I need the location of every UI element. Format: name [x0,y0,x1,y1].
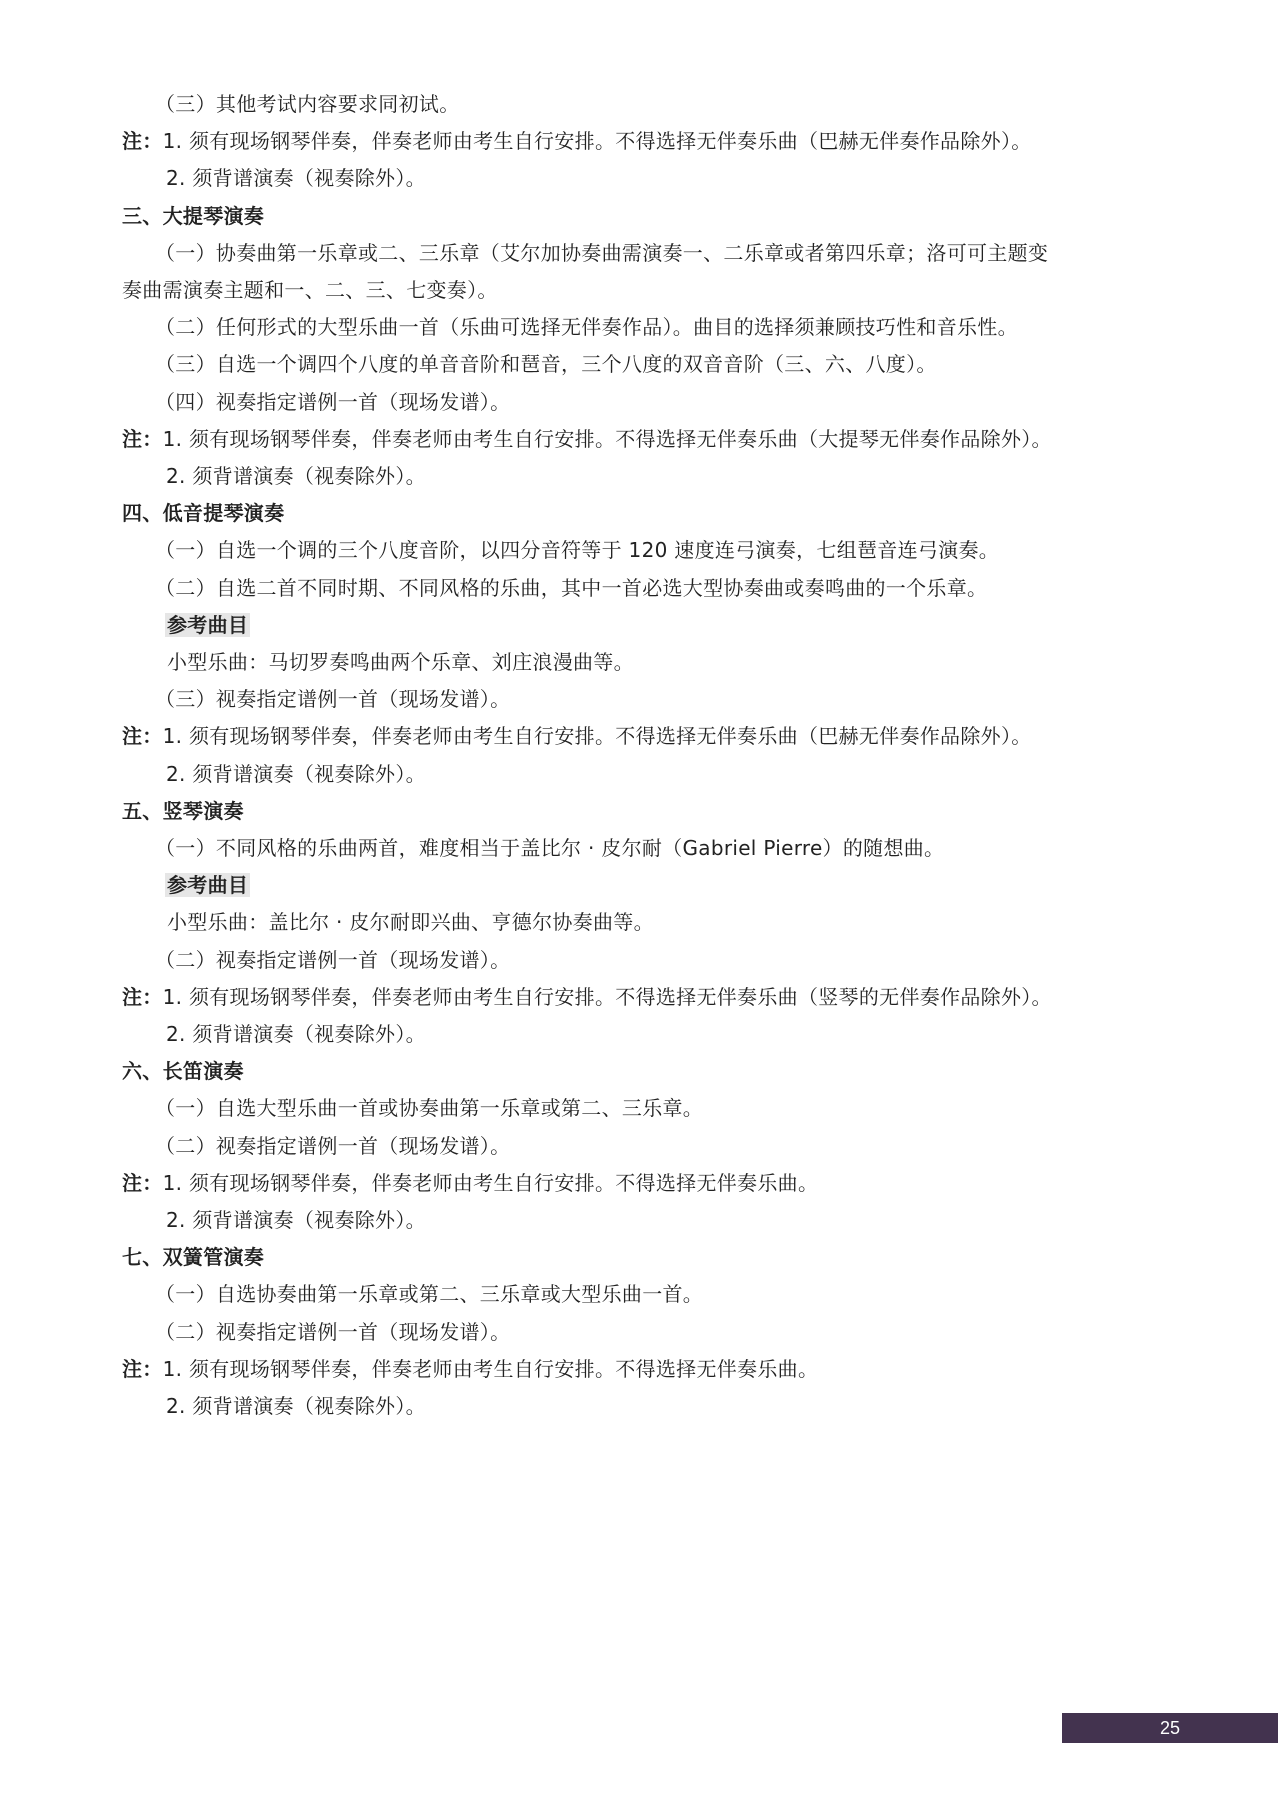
requirement-item: （一）不同风格的乐曲两首，难度相当于盖比尔 · 皮尔耐（Gabriel Pier… [155,834,944,862]
note-label: 注： [122,129,163,153]
requirement-item: （二）任何形式的大型乐曲一首（乐曲可选择无伴奏作品）。曲目的选择须兼顾技巧性和音… [155,313,1018,341]
note-line: 注：1. 须有现场钢琴伴奏，伴奏老师由考生自行安排。不得选择无伴奏乐曲（大提琴无… [122,425,1052,453]
note-label: 注： [122,1171,163,1195]
requirement-item: （二）视奏指定谱例一首（现场发谱）。 [155,1318,510,1346]
reference-heading: 参考曲目 [165,871,250,899]
section-heading: 七、双簧管演奏 [122,1243,264,1271]
reference-repertoire-label: 参考曲目 [165,873,250,897]
section-heading: 五、竖琴演奏 [122,797,244,825]
repertoire-text: 小型乐曲：马切罗奏鸣曲两个乐章、刘庄浪漫曲等。 [167,648,634,676]
note-line: 注：1. 须有现场钢琴伴奏，伴奏老师由考生自行安排。不得选择无伴奏乐曲。 [122,1355,818,1383]
note-text: 1. 须有现场钢琴伴奏，伴奏老师由考生自行安排。不得选择无伴奏乐曲（巴赫无伴奏作… [163,129,1032,153]
note-label: 注： [122,985,163,1009]
repertoire-text: 小型乐曲：盖比尔 · 皮尔耐即兴曲、亨德尔协奏曲等。 [167,908,654,936]
note-label: 注： [122,724,163,748]
note-label: 注： [122,427,163,451]
page-number: 25 [1160,1718,1180,1738]
requirement-item: （一）协奏曲第一乐章或二、三乐章（艾尔加协奏曲需演奏一、二乐章或者第四乐章；洛可… [155,239,1048,267]
requirement-item: （一）自选协奏曲第一乐章或第二、三乐章或大型乐曲一首。 [155,1280,703,1308]
note-text: 1. 须有现场钢琴伴奏，伴奏老师由考生自行安排。不得选择无伴奏乐曲（巴赫无伴奏作… [163,724,1032,748]
requirement-item-continuation: 奏曲需演奏主题和一、二、三、七变奏）。 [122,276,498,304]
reference-heading: 参考曲目 [165,611,250,639]
requirement-item: （二）视奏指定谱例一首（现场发谱）。 [155,946,510,974]
requirement-item: （一）自选大型乐曲一首或协奏曲第一乐章或第二、三乐章。 [155,1094,703,1122]
section-heading: 六、长笛演奏 [122,1057,244,1085]
note-text: 1. 须有现场钢琴伴奏，伴奏老师由考生自行安排。不得选择无伴奏乐曲。 [163,1357,819,1381]
section-heading: 四、低音提琴演奏 [122,499,284,527]
reference-repertoire-label: 参考曲目 [165,613,250,637]
note-line: 2. 须背谱演奏（视奏除外）。 [166,760,426,788]
note-text: 1. 须有现场钢琴伴奏，伴奏老师由考生自行安排。不得选择无伴奏乐曲（竖琴的无伴奏… [163,985,1052,1009]
note-text: 1. 须有现场钢琴伴奏，伴奏老师由考生自行安排。不得选择无伴奏乐曲（大提琴无伴奏… [163,427,1052,451]
note-line: 注：1. 须有现场钢琴伴奏，伴奏老师由考生自行安排。不得选择无伴奏乐曲（巴赫无伴… [122,127,1032,155]
page-number-badge: 25 [1062,1713,1278,1743]
requirement-item: （三）视奏指定谱例一首（现场发谱）。 [155,685,510,713]
requirement-item: （二）视奏指定谱例一首（现场发谱）。 [155,1132,510,1160]
requirement-item: （四）视奏指定谱例一首（现场发谱）。 [155,388,510,416]
note-label: 注： [122,1357,163,1381]
requirement-item: （二）自选二首不同时期、不同风格的乐曲，其中一首必选大型协奏曲或奏鸣曲的一个乐章… [155,574,987,602]
note-line: 注：1. 须有现场钢琴伴奏，伴奏老师由考生自行安排。不得选择无伴奏乐曲（巴赫无伴… [122,722,1032,750]
note-line: 2. 须背谱演奏（视奏除外）。 [166,1392,426,1420]
note-text: 1. 须有现场钢琴伴奏，伴奏老师由考生自行安排。不得选择无伴奏乐曲。 [163,1171,819,1195]
note-line: 注：1. 须有现场钢琴伴奏，伴奏老师由考生自行安排。不得选择无伴奏乐曲（竖琴的无… [122,983,1052,1011]
note-line: 2. 须背谱演奏（视奏除外）。 [166,164,426,192]
requirement-item: （三）其他考试内容要求同初试。 [155,90,460,118]
section-heading: 三、大提琴演奏 [122,202,264,230]
requirement-item: （一）自选一个调的三个八度音阶，以四分音符等于 120 速度连弓演奏，七组琶音连… [155,536,999,564]
note-line: 注：1. 须有现场钢琴伴奏，伴奏老师由考生自行安排。不得选择无伴奏乐曲。 [122,1169,818,1197]
note-line: 2. 须背谱演奏（视奏除外）。 [166,1206,426,1234]
note-line: 2. 须背谱演奏（视奏除外）。 [166,462,426,490]
requirement-item: （三）自选一个调四个八度的单音音阶和琶音，三个八度的双音音阶（三、六、八度）。 [155,350,937,378]
note-line: 2. 须背谱演奏（视奏除外）。 [166,1020,426,1048]
